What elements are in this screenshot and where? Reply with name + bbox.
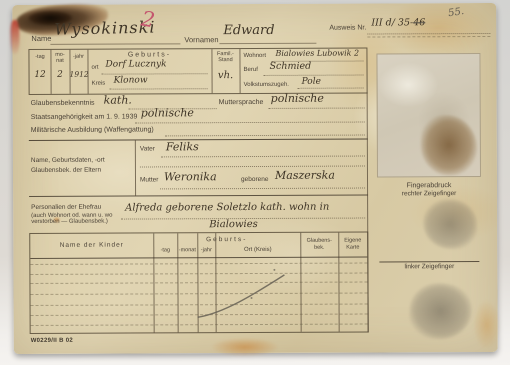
pencil-curve	[188, 266, 298, 324]
father-underline	[161, 156, 365, 158]
vornamen-label: Vornamen	[184, 36, 218, 44]
children-geburts-header: Geburts-	[153, 237, 300, 244]
military-training-underline	[165, 135, 365, 137]
section-divider	[29, 195, 368, 197]
citizenship-underline	[135, 122, 365, 124]
children-place-header: Ort (Kreis)	[215, 247, 300, 254]
maiden-name-value: Maszerska	[275, 170, 335, 181]
mother-label: Mutter	[140, 177, 158, 184]
name-underline	[50, 43, 180, 45]
vornamen-value: Edward	[223, 24, 274, 37]
fingerprint-title: Fingerabdruck	[377, 182, 481, 190]
birth-month-label-2: nat	[50, 59, 69, 65]
citizenship-label: Staatsangehörigkeit am 1. 9. 1939	[31, 114, 138, 122]
birthplace-value: Dorf Lucznyk	[105, 60, 166, 69]
children-religion-header-2: bek.	[300, 246, 338, 252]
wife-value-line2: Bialowies	[209, 220, 258, 230]
parents-middle-line	[140, 166, 365, 168]
table-row-line	[30, 263, 367, 265]
ausweis-value-main: III d/ 35-	[371, 17, 413, 28]
father-label: Vater	[140, 146, 155, 153]
marital-status-label-2: Stand	[211, 58, 239, 64]
vornamen-underline	[219, 43, 316, 44]
military-training-label: Militärische Ausbildung (Waffengattung)	[31, 126, 154, 134]
birth-month-value: 2	[51, 71, 70, 80]
name-label: Name	[31, 35, 51, 43]
mother-tongue-value: polnische	[271, 93, 324, 104]
birth-kreis-label: Kreis	[92, 81, 106, 87]
children-year-header: -jahr	[197, 248, 215, 254]
birthplace-underline	[102, 73, 208, 74]
ausweis-underline	[367, 33, 490, 35]
citizenship-value: polnische	[141, 107, 194, 118]
ethnicity-underline	[298, 88, 364, 89]
birthplace-label: ort	[92, 65, 99, 71]
residence-value: Bialowies Lubowik 2	[275, 50, 359, 58]
profession-label: Beruf	[244, 67, 258, 73]
bottom-stain	[212, 338, 278, 356]
ausweis-underline-2	[367, 36, 490, 38]
wife-label-line1: Personalien der Ehefrau	[31, 205, 101, 212]
children-card-header-2: Karte	[338, 246, 367, 252]
birth-year-label: -jahr	[69, 55, 87, 61]
fingerprint-smudge-left	[407, 280, 474, 342]
marital-status-value: vh.	[212, 71, 240, 81]
children-name-header: Name der Kinder	[30, 242, 153, 249]
ethnicity-label: Volkstumszugeh.	[244, 82, 289, 88]
birth-kreis-underline	[110, 88, 208, 89]
children-day-header: -tag	[153, 248, 177, 254]
birth-day-label: -tag	[29, 55, 50, 61]
left-finger-label: linker Zeigefinger	[379, 264, 479, 271]
mother-underline	[160, 188, 365, 190]
residence-label: Wohnort	[243, 53, 266, 59]
fingerprint-subtitle: rechter Zeigefinger	[377, 191, 481, 198]
children-month-header: -monat	[177, 248, 197, 254]
pencil-number: 55.	[448, 7, 465, 19]
children-card-header: Eigene	[338, 239, 367, 245]
fingerprint-divider	[379, 261, 479, 262]
parents-label-line2: Glaubensbek. der Eltern	[31, 168, 101, 175]
birth-kreis-value: Klonow	[114, 76, 148, 85]
religion-label: Glaubensbekenntnis	[31, 100, 95, 108]
right-edge-stain	[474, 301, 500, 349]
right-panel-divider	[367, 93, 369, 333]
wife-value-line1: Alfreda geborene Soletzlo kath. wohn in	[125, 203, 329, 214]
ausweis-number-value: III d/ 35-46	[371, 18, 425, 28]
ausweis-number-label: Ausweis Nr.	[329, 25, 366, 33]
fingerprint-smudge-right	[423, 199, 477, 249]
profession-underline	[264, 75, 364, 76]
father-value: Feliks	[166, 141, 199, 152]
profession-value: Schmied	[269, 62, 311, 72]
birth-box: -tag 12 mo- nat 2 -jahr 1912 Geburts- or…	[28, 48, 367, 95]
maiden-name-label: geborene	[241, 177, 269, 184]
birth-year-value: 1912	[70, 71, 88, 79]
mother-value: Weronika	[164, 171, 217, 182]
column-divider	[239, 49, 240, 93]
registration-card: 55. Ausweis Nr. III d/ 35-46 Name Wysoki…	[12, 3, 498, 354]
mother-tongue-label: Muttersprache	[219, 99, 264, 107]
ausweis-value-struck: 46	[413, 17, 425, 28]
wife-label-line3: verstorben — Glaubensbek.)	[31, 219, 108, 226]
children-religion-header: Glaubens-	[300, 239, 338, 245]
mother-tongue-underline	[269, 108, 365, 109]
print-code: W0229/II B 02	[31, 338, 73, 344]
parents-label-line1: Name, Geburtsdaten, -ort	[31, 158, 105, 165]
ethnicity-value: Pole	[302, 78, 321, 87]
religion-value: kath.	[104, 95, 132, 106]
parents-divider	[135, 141, 136, 196]
geburts-header: Geburts-	[87, 51, 211, 59]
red-edge-stain	[10, 20, 19, 54]
table-header-line	[30, 257, 367, 259]
birth-day-value: 12	[30, 71, 51, 80]
